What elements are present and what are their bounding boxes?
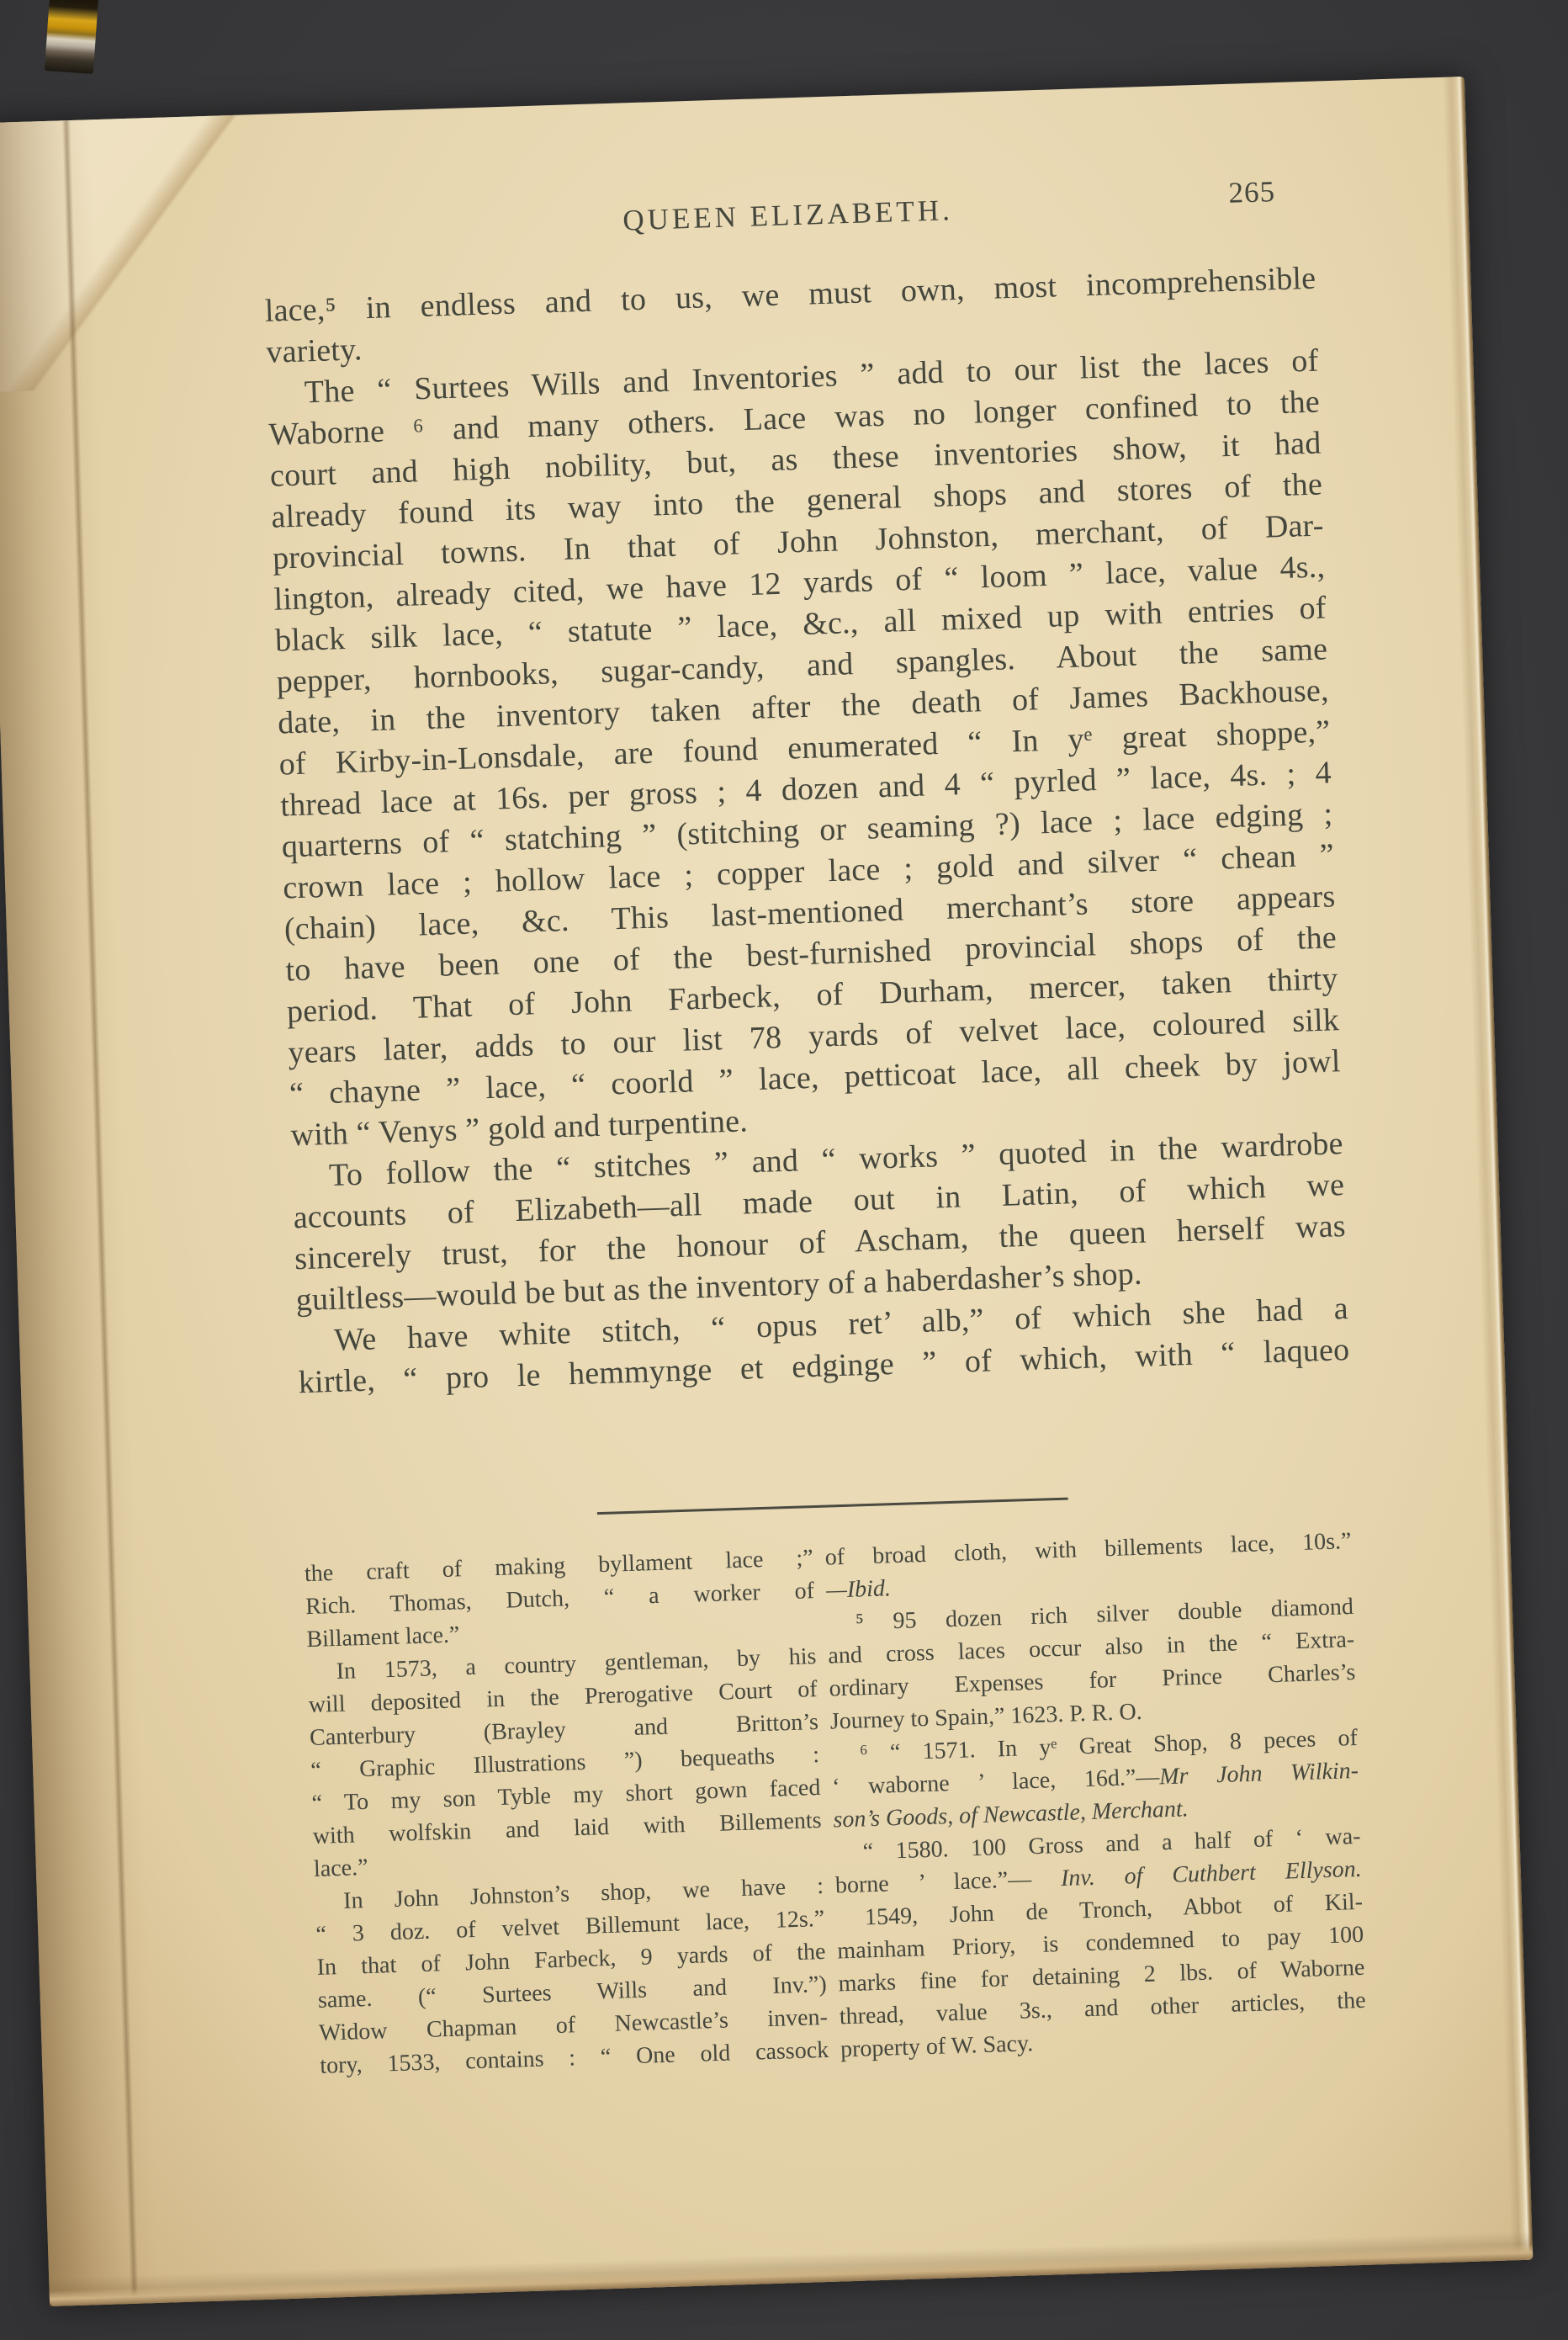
running-header-row: QUEEN ELIZABETH. 265: [262, 183, 1314, 259]
photo-background: QUEEN ELIZABETH. 265 lace,⁵ in endless a…: [0, 0, 1568, 2340]
book-headband: [45, 0, 98, 74]
footnotes: the craft of making byllament lace ;” Ri…: [304, 1525, 1371, 2083]
footnote-separator: [597, 1498, 1068, 1515]
page-edge-bottom: [49, 2231, 1533, 2306]
body-text: lace,⁵ in endless and to us, we must own…: [264, 258, 1350, 1404]
running-header-title: QUEEN ELIZABETH.: [622, 194, 954, 237]
page-edge-right: [1443, 77, 1534, 2261]
footnote-column-left: the craft of making byllament lace ;” Ri…: [304, 1541, 829, 2083]
page-content: QUEEN ELIZABETH. 265 lace,⁵ in endless a…: [262, 183, 1371, 2083]
footnote-column-right: of broad cloth, with billements lace, 10…: [824, 1525, 1367, 2066]
book-page: QUEEN ELIZABETH. 265 lace,⁵ in endless a…: [0, 77, 1533, 2306]
page-number: 265: [1228, 175, 1276, 210]
